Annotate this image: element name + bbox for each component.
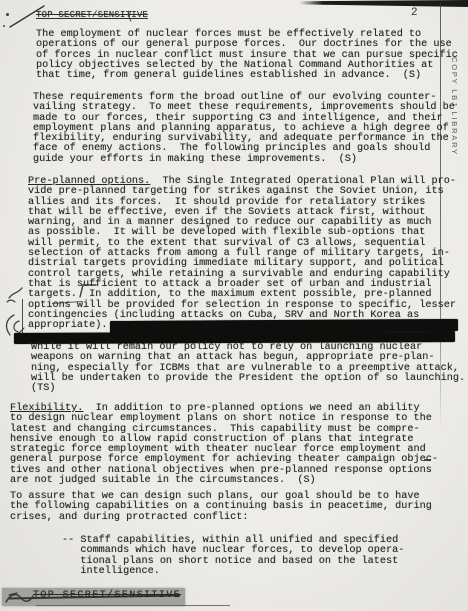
handwritten-slash-mark: [6, 2, 50, 30]
paragraph-countervailing-strategy: These requirements form the broad outlin…: [33, 93, 455, 165]
paragraph-launch-on-warning: While it will remain our policy not to r…: [31, 343, 465, 394]
handwritten-corner-bracket: [76, 283, 98, 299]
margin-scribble-upper: [4, 285, 26, 309]
ink-speck: [3, 25, 5, 27]
paragraph-preplanned-options: Pre-planned options. The Single Integrat…: [28, 177, 456, 331]
handwritten-paren-mark: (: [127, 11, 134, 23]
footer-underline: [36, 605, 230, 606]
document-page: TOP SECRET/SENSITIVE ( 2 COPY LBJ LIBRAR…: [0, 0, 468, 611]
paragraph-employment-doctrine: The employment of nuclear forces must be…: [36, 30, 458, 81]
ink-speck: [6, 13, 9, 16]
scan-edge-artifact-top: [299, 0, 468, 7]
page-number: 2: [411, 7, 418, 19]
paragraph-flexibility: Flexibility. In addition to pre-planned …: [10, 404, 438, 486]
footer-scribble: [3, 589, 35, 607]
bullet-staff-capabilities: -- Staff capabilities, within all unifie…: [62, 536, 404, 577]
paragraph-goal-capabilities: To assure that we can design such plans,…: [10, 492, 432, 523]
preplanned-options-text: The Single Integrated Operational Plan w…: [28, 176, 456, 331]
flexibility-text: In addition to pre-planned options we ne…: [10, 403, 438, 486]
